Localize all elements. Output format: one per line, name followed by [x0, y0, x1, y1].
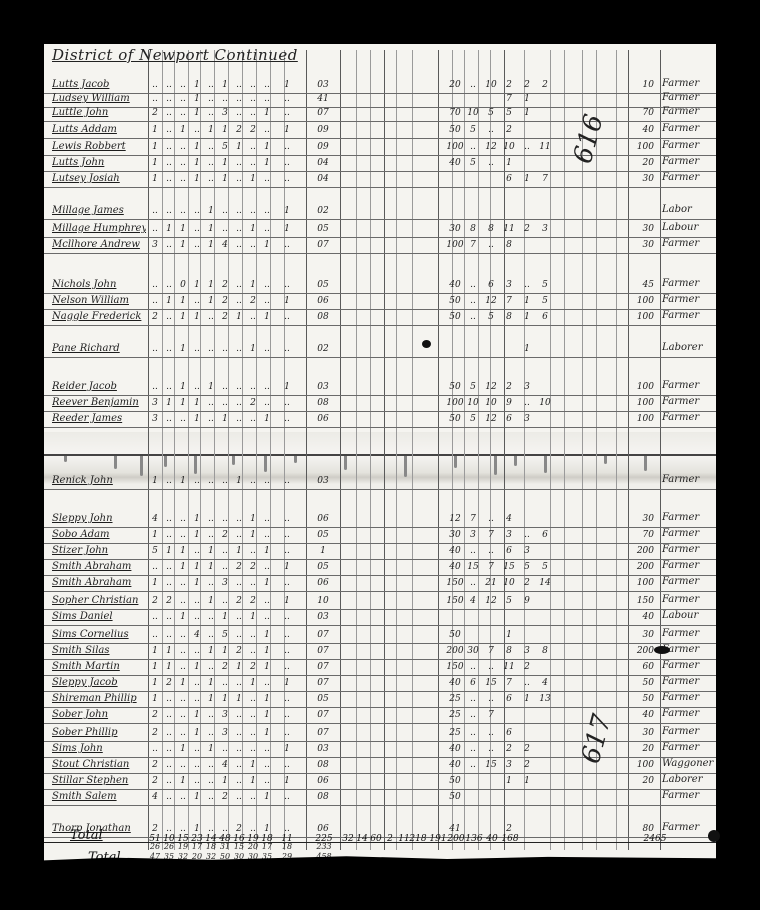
tally-cell: 1: [176, 240, 190, 250]
tally-cell: ..: [232, 792, 246, 802]
tally-cell: ..: [232, 678, 246, 688]
tally-subtotal: 07: [308, 630, 338, 640]
tally-cell: ..: [246, 476, 260, 486]
tally-cell: ..: [246, 94, 260, 104]
tally-cell: ..: [232, 240, 246, 250]
head-of-household: Smith Salem: [52, 791, 146, 802]
tally-cell: 1: [246, 174, 260, 184]
property-cell: 2: [516, 744, 538, 754]
tally-cell: ..: [218, 398, 232, 408]
tally-subtotal: 03: [308, 744, 338, 754]
tally-cell: 2: [148, 710, 162, 720]
tally-cell: 1: [218, 414, 232, 424]
tally-cell: ..: [148, 744, 162, 754]
tally-cell: ..: [148, 382, 162, 392]
census-row: Lutts John1....1..1....1..04405..120Farm…: [44, 156, 716, 172]
property-cell: 2: [498, 125, 520, 135]
tally-cell: ..: [232, 398, 246, 408]
tally-cell: ..: [246, 206, 260, 216]
tally-subtotal: 09: [308, 142, 338, 152]
tally-cell: 1: [280, 80, 294, 90]
tally-cell: ..: [190, 382, 204, 392]
tally-cell: ..: [204, 414, 218, 424]
tally-cell: 1: [176, 312, 190, 322]
tally-cell: 1: [246, 612, 260, 622]
tally-cell: ..: [204, 312, 218, 322]
tally-cell: 1: [190, 824, 204, 834]
tally-subtotal: 07: [308, 678, 338, 688]
tally-cell: ..: [190, 224, 204, 234]
head-of-household: Sleppy Jacob: [52, 677, 146, 688]
tally-cell: 2: [232, 125, 246, 135]
tally-cell: 1: [260, 728, 274, 738]
tally-cell: 1: [204, 646, 218, 656]
property-cell: 6: [498, 728, 520, 738]
tally-cell: ..: [280, 142, 294, 152]
tally-cell: ..: [190, 694, 204, 704]
occupation: Farmer: [662, 528, 714, 539]
tally-cell: ..: [260, 612, 274, 622]
tally-cell: 1: [218, 80, 232, 90]
acres-value: 100: [628, 414, 654, 424]
acres-value: 200: [628, 562, 654, 572]
tally-cell: ..: [204, 108, 218, 118]
tally-cell: 2: [246, 398, 260, 408]
property-cell: 11: [534, 142, 556, 152]
tally-cell: ..: [162, 280, 176, 290]
head-of-household: Sober John: [52, 709, 146, 720]
tally-subtotal: 03: [308, 612, 338, 622]
tally-subtotal: 07: [308, 108, 338, 118]
tally-cell: ..: [218, 94, 232, 104]
tally-cell: ..: [246, 694, 260, 704]
tally-cell: 1: [190, 792, 204, 802]
tally-cell: 1: [148, 646, 162, 656]
ink-blot: [422, 340, 431, 348]
occupation: Laborer: [662, 342, 714, 353]
census-row: Lutts Addam1..1..1122..109505..240Farmer: [44, 123, 716, 139]
tally-cell: ..: [176, 158, 190, 168]
tally-cell: ..: [204, 476, 218, 486]
tally-cell: 1: [280, 562, 294, 572]
occupation: Farmer: [662, 238, 714, 249]
tally-cell: 1: [204, 562, 218, 572]
tally-cell: 2: [246, 662, 260, 672]
census-row: Reider Jacob....1..1........103505122310…: [44, 380, 716, 396]
tally-cell: ..: [162, 312, 176, 322]
tally-cell: ..: [280, 760, 294, 770]
census-row: Nichols John....0112..1....0540..63..545…: [44, 278, 716, 294]
tally-subtotal: 05: [308, 224, 338, 234]
occupation: Farmer: [662, 310, 714, 321]
tally-subtotal: 1: [308, 546, 338, 556]
tally-subtotal: 04: [308, 174, 338, 184]
tally-cell: ..: [162, 728, 176, 738]
census-row: Stout Christian2........4..1....0840..15…: [44, 758, 716, 774]
property-cell: 5: [534, 562, 556, 572]
tally-cell: 2: [162, 678, 176, 688]
tally-cell: 2: [232, 824, 246, 834]
tally-cell: 1: [190, 728, 204, 738]
acres-value: 200: [628, 546, 654, 556]
tally-cell: ..: [148, 80, 162, 90]
property-cell: 3: [516, 382, 538, 392]
total-property-cell: 168: [500, 834, 520, 844]
tally-cell: 1: [190, 312, 204, 322]
acres-value: 80: [628, 824, 654, 834]
tally-cell: ..: [176, 414, 190, 424]
tally-cell: 2: [148, 824, 162, 834]
occupation: Farmer: [662, 742, 714, 753]
tally-cell: ..: [190, 646, 204, 656]
tally-cell: 1: [218, 646, 232, 656]
tally-cell: 1: [260, 630, 274, 640]
seam-drip: [140, 456, 143, 476]
tally-cell: 2: [148, 728, 162, 738]
tally-cell: 1: [218, 694, 232, 704]
tally-cell: ..: [246, 80, 260, 90]
head-of-household: Smith Abraham: [52, 561, 146, 572]
tally-subtotal: 03: [308, 382, 338, 392]
tally-subtotal: 07: [308, 728, 338, 738]
tally-cell: ..: [260, 382, 274, 392]
tally-cell: ..: [176, 174, 190, 184]
tally-cell: ..: [176, 792, 190, 802]
tally-cell: ..: [260, 296, 274, 306]
tally-cell: 1: [190, 578, 204, 588]
head-of-household: Reever Benjamin: [52, 397, 146, 408]
tally-cell: 1: [190, 280, 204, 290]
occupation: Farmer: [662, 140, 714, 151]
occupation: Farmer: [662, 396, 714, 407]
tally-cell: 1: [232, 662, 246, 672]
tally-cell: ..: [260, 530, 274, 540]
tally-cell: 1: [232, 312, 246, 322]
tally-cell: ..: [162, 206, 176, 216]
tally-subtotal: 06: [308, 776, 338, 786]
acres-value: 200: [628, 646, 654, 656]
tally-cell: 2: [218, 662, 232, 672]
tally-cell: ..: [280, 312, 294, 322]
tally-cell: ..: [218, 546, 232, 556]
acres-value: 100: [628, 760, 654, 770]
tally-cell: ..: [204, 80, 218, 90]
tally-cell: 1: [218, 776, 232, 786]
acres-value: 40: [628, 125, 654, 135]
tally-cell: 1: [260, 710, 274, 720]
tally-cell: ..: [232, 80, 246, 90]
tally-cell: ..: [176, 646, 190, 656]
acres-value: 30: [628, 240, 654, 250]
census-page: District of Newport Continued Lutts Jaco…: [44, 44, 716, 864]
acres-value: 50: [628, 678, 654, 688]
head-of-household: Stillar Stephen: [52, 775, 146, 786]
property-cell: 6: [534, 312, 556, 322]
property-cell: 2: [516, 662, 538, 672]
tally-cell: 1: [260, 546, 274, 556]
acres-value: 40: [628, 612, 654, 622]
property-cell: 13: [534, 694, 556, 704]
occupation: Farmer: [662, 156, 714, 167]
total-property-cell: 136: [464, 834, 484, 844]
occupation: Farmer: [662, 692, 714, 703]
tally-cell: ..: [280, 612, 294, 622]
tally-cell: 1: [246, 678, 260, 688]
seam-drip: [454, 456, 457, 468]
tally-cell: 1: [204, 296, 218, 306]
occupation: Farmer: [662, 78, 714, 89]
census-row: Reever Benjamin3111......2....0810010109…: [44, 396, 716, 412]
tally-cell: ..: [204, 612, 218, 622]
occupation: Laborer: [662, 774, 714, 785]
occupation: Farmer: [662, 474, 714, 485]
tally-cell: ..: [176, 694, 190, 704]
census-row: Pane Richard....1........1....021Laborer: [44, 342, 716, 358]
census-row: Sopher Christian22....1..22..11015041259…: [44, 594, 716, 610]
property-cell: 50: [444, 776, 466, 786]
occupation: Farmer: [662, 594, 714, 605]
tally-cell: 4: [148, 514, 162, 524]
tally-cell: 1: [148, 678, 162, 688]
census-row: Millage James........1........102Labor: [44, 204, 716, 220]
head-of-household: Mcllhore Andrew: [52, 239, 146, 250]
tally-cell: ..: [246, 158, 260, 168]
acres-value: 30: [628, 630, 654, 640]
tally-cell: 3: [218, 710, 232, 720]
property-cell: 1: [516, 776, 538, 786]
tally-cell: ..: [204, 776, 218, 786]
acres-value: 60: [628, 662, 654, 672]
tally-cell: 1: [148, 578, 162, 588]
tally-cell: 1: [176, 678, 190, 688]
tally-cell: 1: [148, 476, 162, 486]
tally-cell: 0: [176, 280, 190, 290]
tally-cell: ..: [232, 728, 246, 738]
tally-cell: 1: [260, 646, 274, 656]
tally-subtotal: 08: [308, 760, 338, 770]
tally-cell: ..: [204, 398, 218, 408]
subtotal-top-cell: 18: [277, 842, 297, 852]
tally-cell: ..: [148, 296, 162, 306]
tally-cell: 1: [232, 546, 246, 556]
census-row: Shireman Phillip1......111..1..0525....6…: [44, 692, 716, 708]
tally-cell: ..: [232, 744, 246, 754]
head-of-household: Luttle John: [52, 107, 146, 118]
census-row: Smith Abraham....111..22..10540157155520…: [44, 560, 716, 576]
tally-cell: 1: [190, 398, 204, 408]
tally-cell: ..: [232, 630, 246, 640]
tally-cell: ..: [204, 792, 218, 802]
tally-cell: ..: [260, 398, 274, 408]
tally-subtotal: 08: [308, 312, 338, 322]
tally-cell: ..: [218, 596, 232, 606]
tally-cell: ..: [176, 710, 190, 720]
census-row: Renick John1..1......1......03Farmer: [44, 474, 716, 490]
tally-cell: ..: [190, 344, 204, 354]
census-row: Sobo Adam1....1..2..1....0530373..670Far…: [44, 528, 716, 544]
tally-cell: ..: [246, 630, 260, 640]
tally-cell: 1: [218, 174, 232, 184]
seam-drip: [114, 456, 117, 469]
tally-cell: ..: [246, 142, 260, 152]
tally-cell: ..: [232, 612, 246, 622]
occupation: Waggoner: [662, 758, 714, 769]
acres-value: 20: [628, 744, 654, 754]
tally-cell: ..: [176, 80, 190, 90]
occupation: Farmer: [662, 278, 714, 289]
tally-cell: ..: [280, 694, 294, 704]
head-of-household: Stout Christian: [52, 759, 146, 770]
tally-cell: 1: [176, 344, 190, 354]
tally-cell: 4: [218, 760, 232, 770]
tally-cell: ..: [246, 728, 260, 738]
tally-cell: 1: [280, 678, 294, 688]
tally-cell: 1: [246, 760, 260, 770]
tally-cell: ..: [218, 824, 232, 834]
tally-cell: ..: [162, 824, 176, 834]
census-row: Sleppy John4....1......1....06127..430Fa…: [44, 512, 716, 528]
property-cell: 8: [498, 240, 520, 250]
census-row: Lewis Robbert1....1..51..1..09100..1210.…: [44, 140, 716, 156]
property-cell: 2: [516, 760, 538, 770]
tally-cell: ..: [246, 710, 260, 720]
tally-cell: ..: [280, 240, 294, 250]
tally-cell: 1: [162, 398, 176, 408]
acres-value: 20: [628, 158, 654, 168]
acres-value: 100: [628, 296, 654, 306]
tally-cell: ..: [232, 382, 246, 392]
tally-cell: 1: [190, 158, 204, 168]
tally-cell: ..: [162, 240, 176, 250]
tally-cell: ..: [162, 562, 176, 572]
tally-subtotal: 07: [308, 646, 338, 656]
head-of-household: Sopher Christian: [52, 595, 146, 606]
tally-cell: ..: [162, 382, 176, 392]
tally-cell: ..: [260, 80, 274, 90]
tally-cell: ..: [260, 125, 274, 135]
acres-value: 30: [628, 224, 654, 234]
head-of-household: Stizer John: [52, 545, 146, 556]
tally-cell: ..: [246, 824, 260, 834]
tally-cell: ..: [260, 562, 274, 572]
tally-cell: ..: [280, 792, 294, 802]
grand-total: 2465: [640, 834, 670, 844]
tally-cell: ..: [260, 744, 274, 754]
tally-cell: 3: [218, 108, 232, 118]
tally-cell: ..: [204, 174, 218, 184]
tally-cell: 3: [148, 240, 162, 250]
head-of-household: Nichols John: [52, 279, 146, 290]
occupation: Farmer: [662, 106, 714, 117]
occupation: Farmer: [662, 560, 714, 571]
tally-cell: ..: [280, 824, 294, 834]
head-of-household: Reeder James: [52, 413, 146, 424]
property-cell: 3: [516, 414, 538, 424]
occupation: Farmer: [662, 660, 714, 671]
tally-cell: ..: [232, 578, 246, 588]
tally-cell: 3: [218, 728, 232, 738]
acres-value: 50: [628, 694, 654, 704]
tally-cell: 1: [246, 530, 260, 540]
property-cell: 1: [498, 158, 520, 168]
acres-value: 100: [628, 398, 654, 408]
tally-cell: ..: [190, 476, 204, 486]
tally-cell: ..: [162, 530, 176, 540]
tally-cell: ..: [218, 562, 232, 572]
occupation: Farmer: [662, 544, 714, 555]
acres-value: 10: [628, 80, 654, 90]
tally-cell: 2: [218, 530, 232, 540]
tally-subtotal: 02: [308, 344, 338, 354]
property-cell: 1: [516, 344, 538, 354]
property-cell: 6: [534, 530, 556, 540]
tally-cell: 1: [218, 612, 232, 622]
tally-subtotal: 03: [308, 80, 338, 90]
tally-cell: 1: [190, 530, 204, 540]
tally-cell: 1: [260, 312, 274, 322]
tally-cell: 5: [218, 630, 232, 640]
occupation: Labor: [662, 204, 714, 215]
tally-cell: ..: [246, 382, 260, 392]
tally-cell: 1: [190, 562, 204, 572]
head-of-household: Naggle Frederick: [52, 311, 146, 322]
tally-cell: 2: [246, 596, 260, 606]
tally-subtotal: 07: [308, 240, 338, 250]
tally-cell: ..: [176, 142, 190, 152]
tally-cell: ..: [246, 312, 260, 322]
tally-cell: 1: [162, 224, 176, 234]
tally-cell: ..: [190, 206, 204, 216]
tally-cell: 1: [176, 476, 190, 486]
tally-cell: 1: [280, 744, 294, 754]
tally-cell: 1: [190, 514, 204, 524]
head-of-household: Smith Silas: [52, 645, 146, 656]
head-of-household: Pane Richard: [52, 343, 146, 354]
tally-cell: 2: [218, 792, 232, 802]
tally-cell: ..: [162, 94, 176, 104]
tally-cell: ..: [260, 760, 274, 770]
tally-cell: ..: [260, 678, 274, 688]
seam-drip: [232, 456, 235, 465]
tally-cell: ..: [162, 174, 176, 184]
tally-cell: ..: [280, 546, 294, 556]
tally-subtotal: 04: [308, 158, 338, 168]
tally-cell: ..: [260, 224, 274, 234]
tally-cell: 1: [260, 142, 274, 152]
tally-subtotal: 07: [308, 662, 338, 672]
tally-cell: 1: [280, 776, 294, 786]
property-cell: 10: [534, 398, 556, 408]
tally-cell: 1: [204, 382, 218, 392]
occupation: Farmer: [662, 790, 714, 801]
tally-cell: 3: [218, 578, 232, 588]
acres-value: 45: [628, 280, 654, 290]
tally-cell: ..: [204, 662, 218, 672]
tally-cell: ..: [176, 760, 190, 770]
property-cell: 4: [498, 514, 520, 524]
tally-cell: ..: [246, 108, 260, 118]
tally-cell: ..: [246, 578, 260, 588]
property-cell: 41: [444, 824, 466, 834]
tally-cell: 2: [218, 280, 232, 290]
census-row: Smith Silas11....112..1..07200307838200F…: [44, 644, 716, 660]
tally-cell: ..: [162, 158, 176, 168]
tally-cell: ..: [260, 596, 274, 606]
acres-value: 30: [628, 174, 654, 184]
tally-cell: ..: [176, 514, 190, 524]
total-label: Total: [70, 828, 103, 843]
head-of-household: Shireman Phillip: [52, 693, 146, 704]
